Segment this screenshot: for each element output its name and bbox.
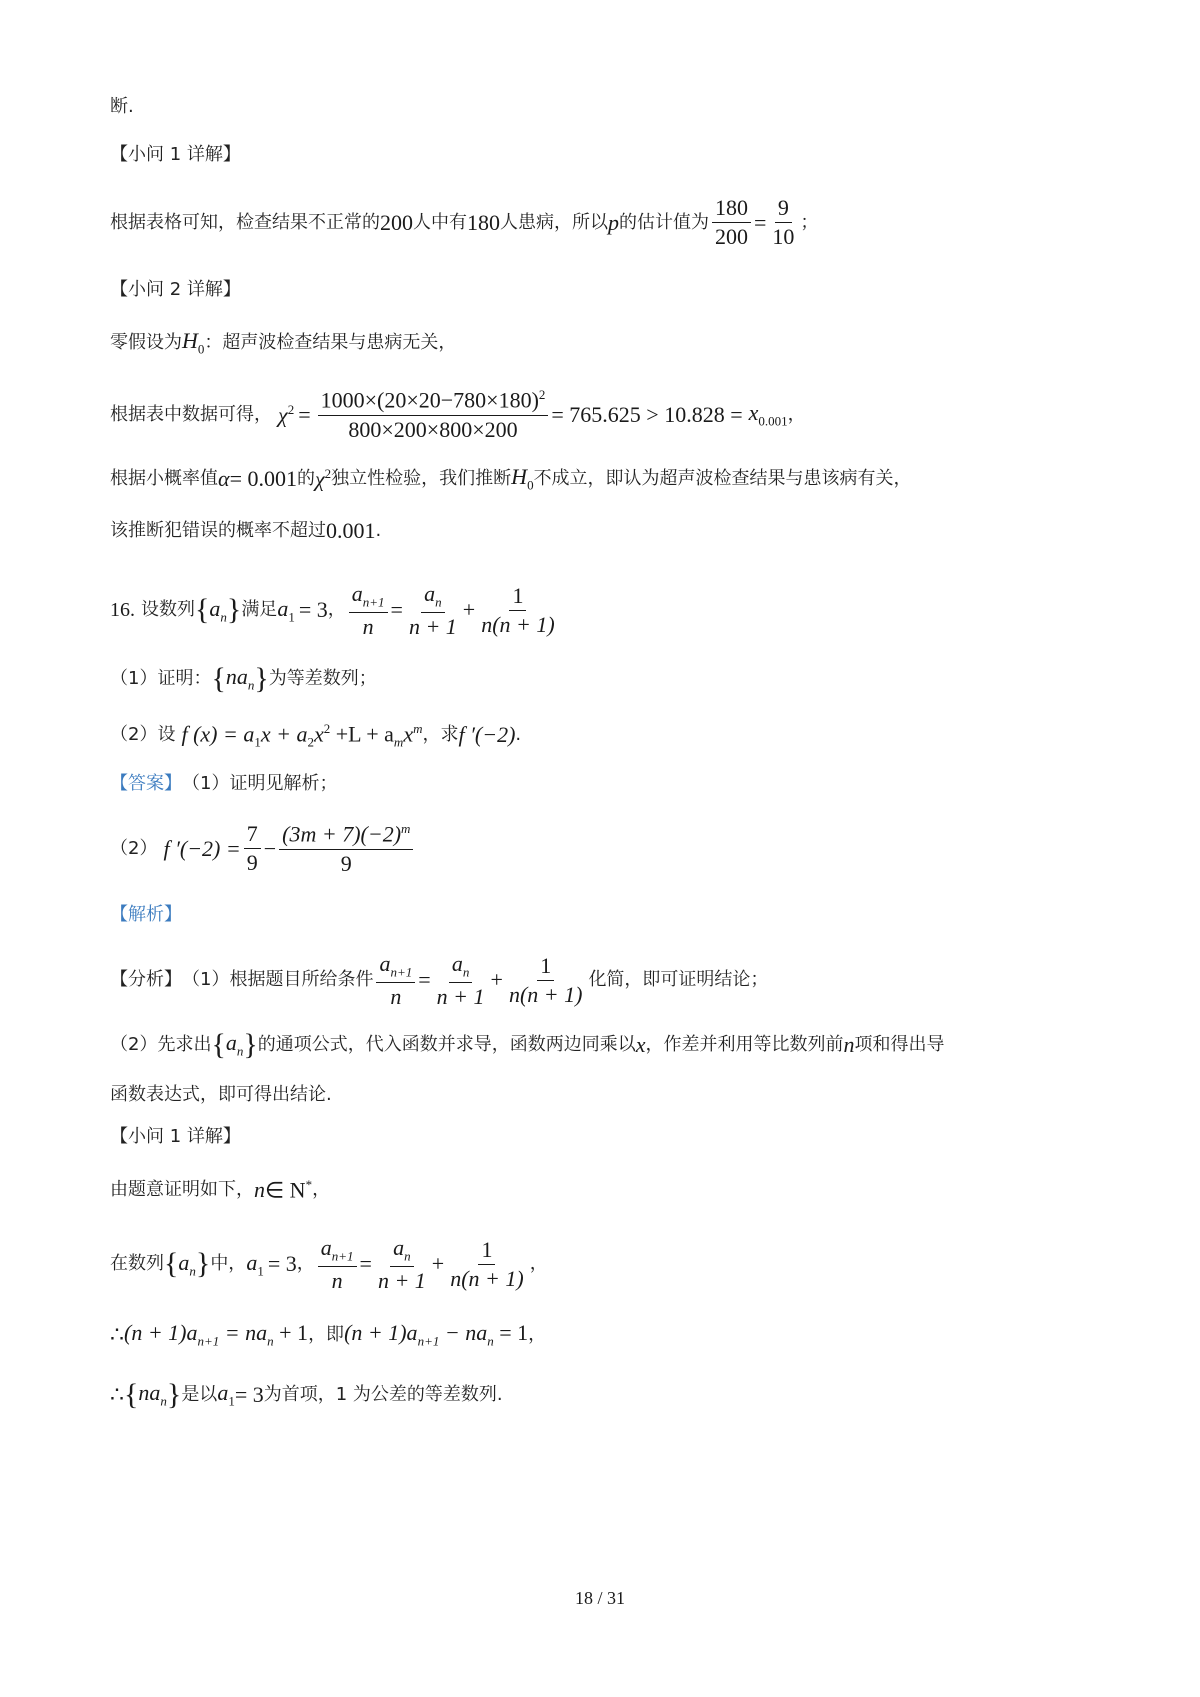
- a1: a1: [277, 598, 295, 623]
- equals: =: [754, 212, 766, 234]
- text: 是以: [181, 1386, 217, 1404]
- text: 化简，即可证明结论；: [588, 971, 768, 989]
- heading-text: 【小问 1 详解】: [110, 1128, 241, 1146]
- text: （2）先求出: [110, 1036, 211, 1054]
- right-brace: }: [254, 664, 268, 694]
- denominator: n: [387, 983, 404, 1009]
- numerator: 180: [712, 196, 751, 223]
- n: n: [254, 1179, 265, 1201]
- text: ，即: [308, 1326, 344, 1344]
- subscript: n+1: [363, 594, 385, 609]
- term: + 1: [274, 1320, 308, 1345]
- plus: +: [463, 599, 475, 621]
- term: x + a: [261, 721, 308, 746]
- subscript: 1: [257, 1263, 264, 1278]
- text: 人患病，所以: [500, 214, 608, 232]
- fraction: 1 n(n + 1): [506, 954, 586, 1007]
- text: ，作差并利用等比数列前: [646, 1036, 844, 1054]
- text: 的: [297, 470, 315, 488]
- a: a: [226, 1030, 237, 1055]
- numerator: an+1: [318, 1236, 357, 1267]
- therefore-symbol: ∴: [110, 1384, 124, 1406]
- a: a: [217, 1380, 228, 1405]
- label: （2）: [110, 840, 157, 858]
- text: 设数列: [141, 601, 195, 619]
- denominator: 10: [769, 223, 797, 249]
- page-number: 18 / 31: [0, 1588, 1200, 1609]
- x: x: [636, 1034, 646, 1056]
- number: 200: [380, 212, 413, 234]
- left-brace: {: [164, 1249, 178, 1279]
- sub-question-1-detail-heading: 【小问 1 详解】: [110, 1128, 241, 1146]
- critical-value: x0.001: [749, 402, 788, 427]
- denominator: n(n + 1): [447, 1265, 527, 1291]
- subscript: n: [463, 964, 470, 979]
- a: a: [277, 596, 288, 621]
- therefore-symbol: ∴: [110, 1324, 124, 1346]
- f-part: f (x) = a: [181, 721, 254, 746]
- equals: =: [360, 1253, 372, 1275]
- punctuation: ，: [312, 1181, 330, 1199]
- a: a: [246, 1250, 257, 1275]
- numerator: 1: [478, 1238, 495, 1265]
- subscript: 1: [288, 609, 295, 624]
- conclusion-line: 根据小概率值 α = 0.001 的 χ2 独立性检验，我们推断 H0 不成立，…: [110, 466, 912, 491]
- left-brace: {: [124, 1380, 138, 1410]
- analysis-part-2: （2）先求出 { an } 的通项公式，代入函数并求导，函数两边同乘以 x ，作…: [110, 1030, 945, 1060]
- estimate-p-line: 根据表格可知，检查结果不正常的 200 人中有 180 人患病，所以 p 的估计…: [110, 196, 818, 249]
- label: （1）证明：: [110, 670, 211, 688]
- analysis-part-2-continued: 函数表达式，即可得出结论.: [110, 1086, 332, 1104]
- equals: =: [391, 599, 403, 621]
- denominator: 800×200×800×200: [345, 416, 520, 442]
- numerator-text: (3m + 7)(−2): [282, 821, 401, 846]
- expression: (n + 1)an+1 = nan + 1: [124, 1322, 308, 1347]
- chi-square-line: 根据表中数据可得， χ2 = 1000×(20×20−780×180)2 800…: [110, 388, 806, 442]
- proof-line-1: 由题意证明如下， n ∈ N* ，: [110, 1178, 330, 1201]
- a: a: [379, 951, 390, 976]
- a1: a1: [217, 1382, 235, 1407]
- text: 的估计值为: [619, 214, 709, 232]
- text: 该推断犯错误的概率不超过: [110, 522, 326, 540]
- plus: +: [432, 1253, 444, 1275]
- analysis-heading: 【解析】: [110, 906, 182, 924]
- na: na: [138, 1380, 160, 1405]
- text: 由题意证明如下，: [110, 1181, 254, 1199]
- text: 为首项，1 为公差的等差数列.: [264, 1386, 503, 1404]
- left-brace: {: [211, 1030, 225, 1060]
- denominator: n(n + 1): [506, 981, 586, 1007]
- value: 0.001: [326, 520, 376, 542]
- function-definition: f (x) = a1x + a2x2 +L + amxm: [181, 722, 422, 749]
- right-brace: }: [167, 1380, 181, 1410]
- denominator: n + 1: [434, 983, 488, 1009]
- right-brace: }: [227, 595, 241, 625]
- question-16: 16. 设数列 { an } 满足 a1 = 3 ， an+1 n = an n…: [110, 582, 561, 639]
- proof-line-2: 在数列 { an } 中， a1 = 3 ， an+1 n = an n + 1…: [110, 1236, 548, 1293]
- subscript: n+1: [332, 1248, 354, 1263]
- question-16-part-1: （1）证明： { nan } 为等差数列；: [110, 664, 377, 694]
- fraction: 1 n(n + 1): [478, 584, 558, 637]
- text-line-continuation: 断.: [110, 98, 134, 116]
- term: x: [314, 721, 324, 746]
- subscript: n+1: [198, 1333, 220, 1348]
- variable-p: p: [608, 212, 619, 234]
- subscript: n+1: [418, 1333, 440, 1348]
- punctuation: ，: [328, 601, 346, 619]
- subscript: n: [435, 594, 442, 609]
- numerator: an: [421, 582, 445, 613]
- text: 在数列: [110, 1255, 164, 1273]
- question-number: 16.: [110, 600, 135, 620]
- proof-line-3: ∴ (n + 1)an+1 = nan + 1 ，即 (n + 1)an+1 −…: [110, 1322, 546, 1347]
- null-hypothesis-line: 零假设为 H0 ：超声波检查结果与患病无关，: [110, 330, 456, 355]
- text: 人中有: [413, 214, 467, 232]
- h0-symbol: H0: [511, 466, 533, 491]
- answer-tag: 【答案】: [110, 775, 182, 793]
- analysis-part-1: 【分析】 （1）根据题目所给条件 an+1 n = an n + 1 + 1 n…: [110, 952, 768, 1009]
- a: a: [393, 1235, 404, 1260]
- fraction: an n + 1: [434, 952, 488, 1009]
- punctuation: ；: [800, 214, 818, 232]
- heading-text: 【小问 2 详解】: [110, 281, 241, 299]
- h-letter: H: [511, 464, 527, 489]
- right-brace: }: [243, 1030, 257, 1060]
- text: （1）根据题目所给条件: [182, 971, 373, 989]
- in-naturals: ∈ N*: [265, 1178, 312, 1201]
- text: 中，: [210, 1255, 246, 1273]
- number: 180: [467, 212, 500, 234]
- sequence: nan: [138, 1382, 167, 1407]
- fraction: an n + 1: [375, 1236, 429, 1293]
- text: 的通项公式，代入函数并求导，函数两边同乘以: [258, 1036, 636, 1054]
- subscript: 0.001: [758, 414, 787, 429]
- subscript: m: [394, 735, 403, 750]
- minus: −: [264, 838, 276, 860]
- fraction: (3m + 7)(−2)m 9: [279, 822, 413, 876]
- text: ，求: [422, 726, 458, 744]
- numerator: 9: [775, 196, 792, 223]
- a: a: [424, 581, 435, 606]
- numerator: an: [449, 952, 473, 983]
- alpha: α: [218, 468, 230, 490]
- na: na: [226, 664, 248, 689]
- term: (n + 1)a: [344, 1320, 418, 1345]
- sequence: nan: [226, 666, 255, 691]
- x: x: [749, 400, 759, 425]
- heading-text: 【小问 1 详解】: [110, 146, 241, 164]
- term: x: [403, 721, 413, 746]
- denominator: n: [360, 613, 377, 639]
- term: = 1: [494, 1320, 528, 1345]
- fraction: 1 n(n + 1): [447, 1238, 527, 1291]
- answer-line-2: （2） f ′(−2) = 7 9 − (3m + 7)(−2)m 9: [110, 822, 416, 876]
- numerator: (3m + 7)(−2)m: [279, 822, 413, 850]
- text: 根据小概率值: [110, 470, 218, 488]
- sequence: an: [209, 598, 227, 623]
- error-probability-line: 该推断犯错误的概率不超过 0.001 .: [110, 520, 381, 542]
- chi: χ: [278, 403, 288, 428]
- subscript: n: [404, 1248, 411, 1263]
- sub-question-1-heading: 【小问 1 详解】: [110, 146, 241, 164]
- plus: +: [491, 969, 503, 991]
- denominator: n + 1: [375, 1267, 429, 1293]
- value: = 3: [235, 1384, 264, 1406]
- left-brace: {: [211, 664, 225, 694]
- value: = 3: [268, 1253, 297, 1275]
- result: = 765.625 > 10.828 =: [551, 404, 742, 426]
- continuation-text: 断.: [110, 98, 134, 116]
- fraction: 9 10: [769, 196, 797, 249]
- denominator: 9: [338, 850, 355, 876]
- punctuation: .: [515, 726, 521, 744]
- a: a: [209, 596, 220, 621]
- a: a: [352, 581, 363, 606]
- numerator: an: [390, 1236, 414, 1267]
- chi-symbol: χ2: [278, 403, 294, 426]
- text: 为等差数列；: [269, 670, 377, 688]
- fraction: 180 200: [712, 196, 751, 249]
- text: （1）证明见解析；: [182, 775, 337, 793]
- label: （2）设: [110, 726, 175, 744]
- punctuation: ，: [530, 1255, 548, 1273]
- set: ∈ N: [265, 1177, 306, 1202]
- denominator: 9: [244, 849, 261, 875]
- punctuation: ，: [528, 1326, 546, 1344]
- h0-symbol: H0: [182, 330, 204, 355]
- superscript: m: [401, 821, 410, 836]
- term: = na: [219, 1320, 267, 1345]
- punctuation: ，: [788, 406, 806, 424]
- denominator: n + 1: [406, 613, 460, 639]
- sequence: an: [226, 1032, 244, 1057]
- superscript: m: [413, 721, 422, 736]
- equals: =: [298, 404, 310, 426]
- fraction: an+1 n: [349, 582, 388, 639]
- text: 零假设为: [110, 334, 182, 352]
- right-brace: }: [196, 1249, 210, 1279]
- numerator: 7: [244, 822, 261, 849]
- text: 根据表格可知，检查结果不正常的: [110, 214, 380, 232]
- text: ：超声波检查结果与患病无关，: [204, 334, 456, 352]
- sub-question-2-heading: 【小问 2 详解】: [110, 281, 241, 299]
- n: n: [844, 1034, 855, 1056]
- answer-line-1: 【答案】 （1）证明见解析；: [110, 775, 337, 793]
- chi-square-fraction: 1000×(20×20−780×180)2 800×200×800×200: [318, 388, 549, 442]
- a: a: [452, 951, 463, 976]
- question-16-part-2: （2）设 f (x) = a1x + a2x2 +L + amxm ，求 f ′…: [110, 722, 521, 749]
- alpha-value: = 0.001: [230, 468, 297, 490]
- numerator: an+1: [376, 952, 415, 983]
- numerator: an+1: [349, 582, 388, 613]
- term: − na: [439, 1320, 487, 1345]
- fraction: an+1 n: [376, 952, 415, 1009]
- superscript: 2: [539, 387, 546, 402]
- term: (n + 1)a: [124, 1320, 198, 1345]
- denominator: 200: [712, 223, 751, 249]
- numerator: 1: [537, 954, 554, 981]
- chi: χ: [315, 466, 325, 491]
- text: 满足: [241, 601, 277, 619]
- sequence: an: [178, 1252, 196, 1277]
- text: 根据表中数据可得，: [110, 406, 272, 424]
- derivative: f ′(−2): [458, 724, 515, 746]
- expression: (n + 1)an+1 − nan = 1: [344, 1322, 528, 1347]
- term: +L + a: [330, 721, 394, 746]
- fraction: an+1 n: [318, 1236, 357, 1293]
- value: = 3: [299, 599, 328, 621]
- left-brace: {: [195, 595, 209, 625]
- denominator: n: [329, 1267, 346, 1293]
- a: a: [178, 1250, 189, 1275]
- equals: =: [418, 969, 430, 991]
- analysis-tag: 【解析】: [110, 906, 182, 924]
- denominator: n(n + 1): [478, 611, 558, 637]
- text: 不成立，即认为超声波检查结果与患该病有关，: [534, 470, 912, 488]
- analysis-tag: 【分析】: [110, 971, 182, 989]
- lhs: f ′(−2) =: [163, 838, 240, 860]
- a1: a1: [246, 1252, 264, 1277]
- subscript: n+1: [390, 964, 412, 979]
- text: 函数表达式，即可得出结论.: [110, 1086, 332, 1104]
- h-letter: H: [182, 328, 198, 353]
- numerator: 1: [509, 584, 526, 611]
- text: 项和得出导: [855, 1036, 945, 1054]
- fraction: an n + 1: [406, 582, 460, 639]
- punctuation: .: [376, 522, 382, 540]
- a: a: [321, 1235, 332, 1260]
- text: 独立性检验，我们推断: [331, 470, 511, 488]
- punctuation: ，: [297, 1255, 315, 1273]
- superscript: 2: [288, 402, 295, 417]
- numerator: 1000×(20×20−780×180)2: [318, 388, 549, 416]
- numerator-text: 1000×(20×20−780×180): [321, 387, 539, 412]
- proof-line-4: ∴ { nan } 是以 a1 = 3 为首项，1 为公差的等差数列.: [110, 1380, 503, 1410]
- chi-symbol: χ2: [315, 467, 331, 490]
- fraction: 7 9: [244, 822, 261, 875]
